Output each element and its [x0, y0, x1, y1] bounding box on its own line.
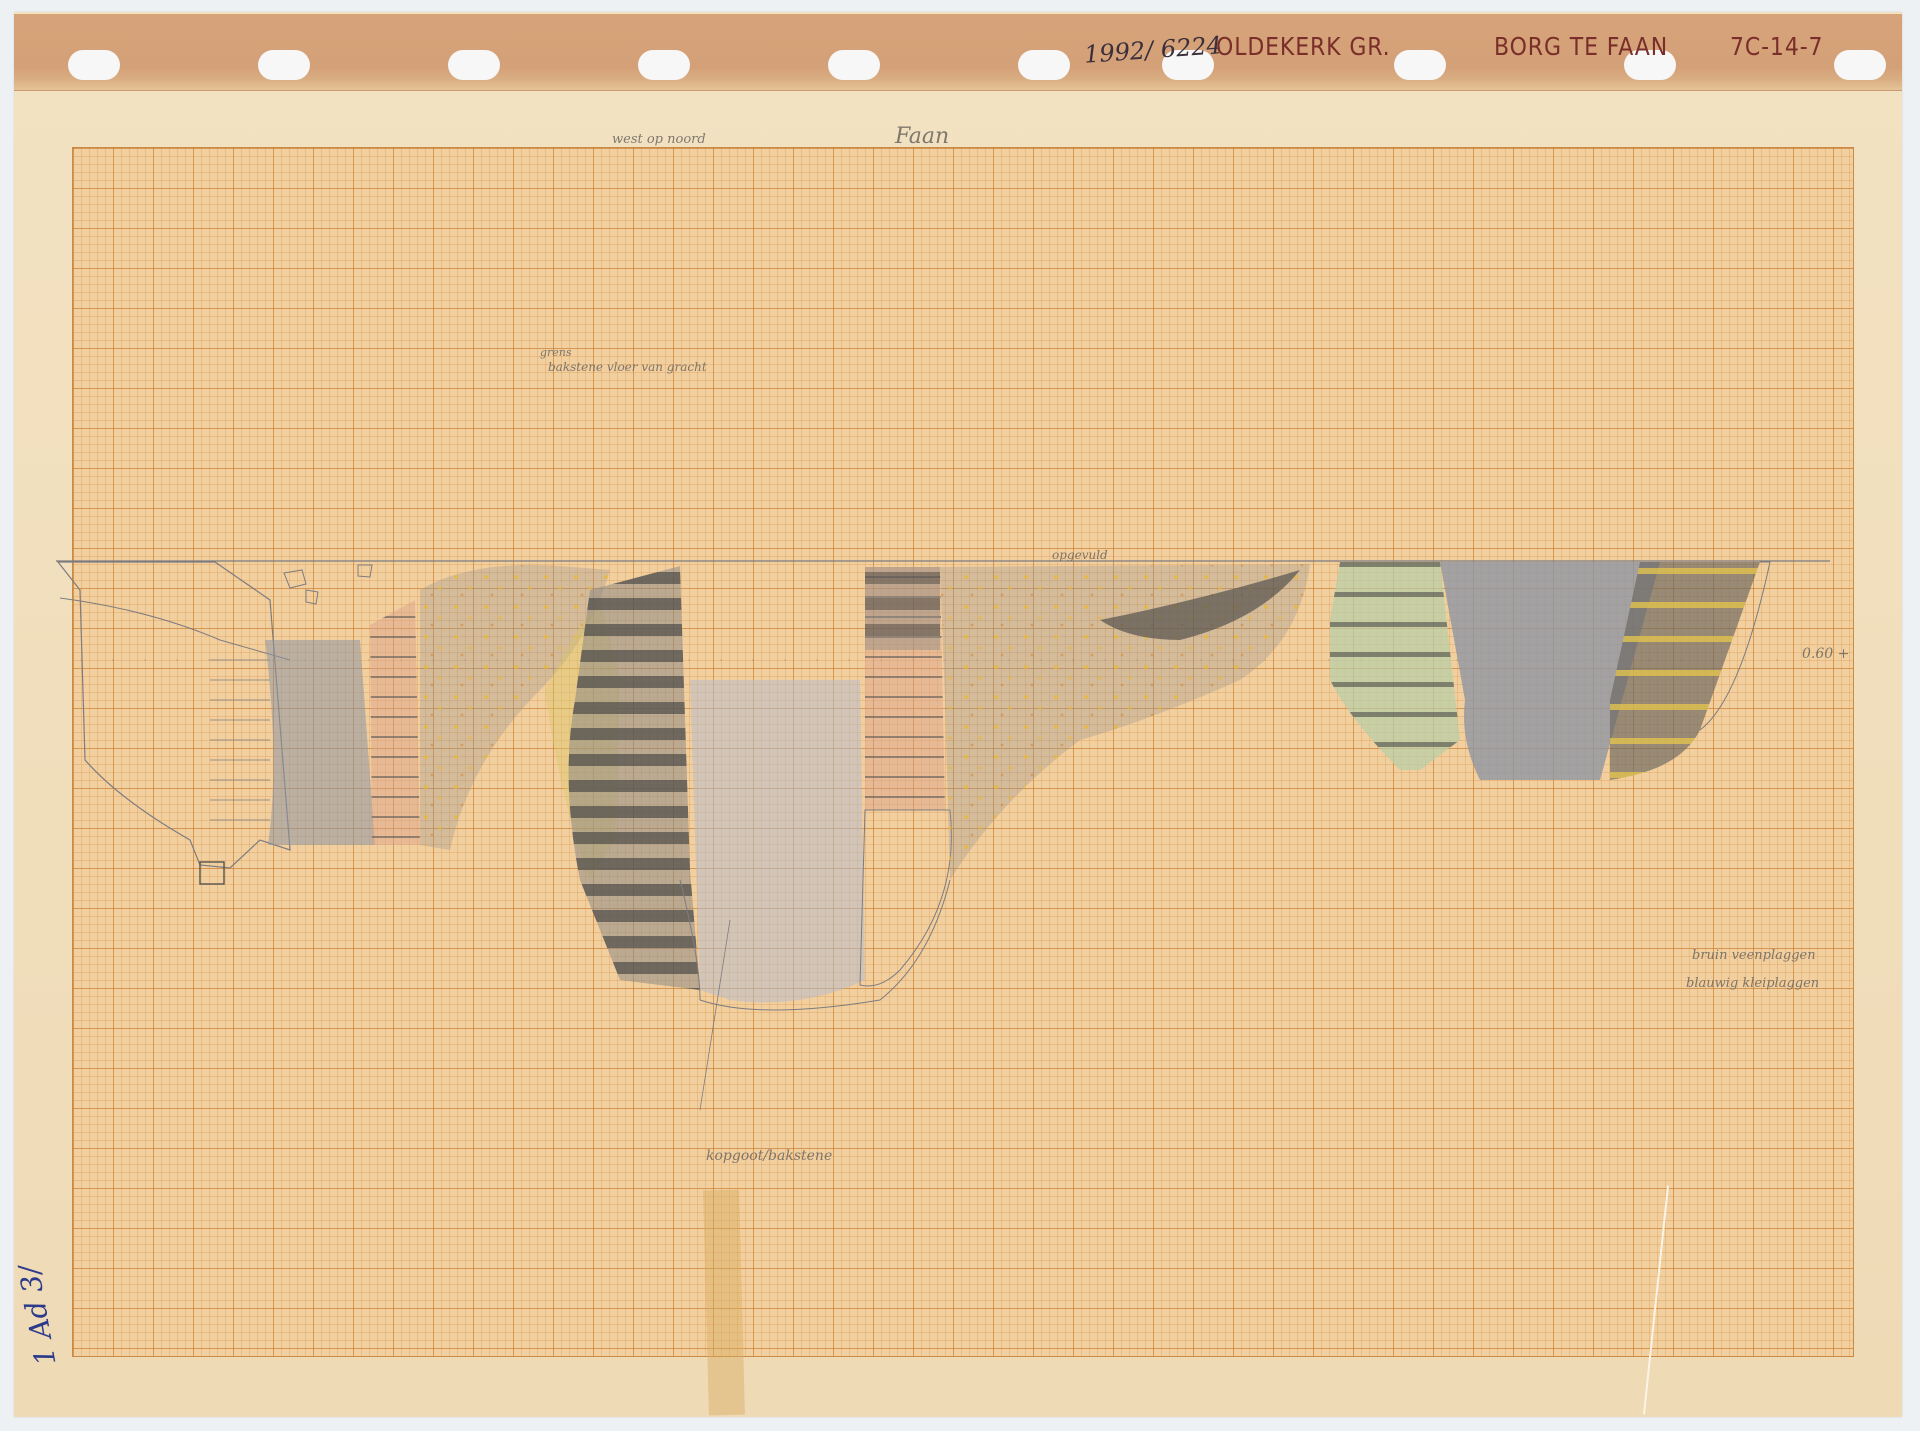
note-grens: grens [540, 346, 572, 359]
legend-line-2: blauwig kleiplaggen [1686, 976, 1819, 991]
note-kopgoot: kopgoot/bakstene [706, 1148, 832, 1164]
depth-marker: 0.60 + [1802, 646, 1849, 662]
note-bakstene-vloer: bakstene vloer van gracht [548, 360, 707, 374]
soil-profile-drawing [0, 0, 1920, 1431]
note-west-op-noord: west op noord [612, 132, 706, 147]
legend-line-1: bruin veenplaggen [1692, 948, 1816, 963]
note-opgevuld: opgevuld [1052, 548, 1108, 562]
drawing-title: Faan [895, 124, 949, 149]
